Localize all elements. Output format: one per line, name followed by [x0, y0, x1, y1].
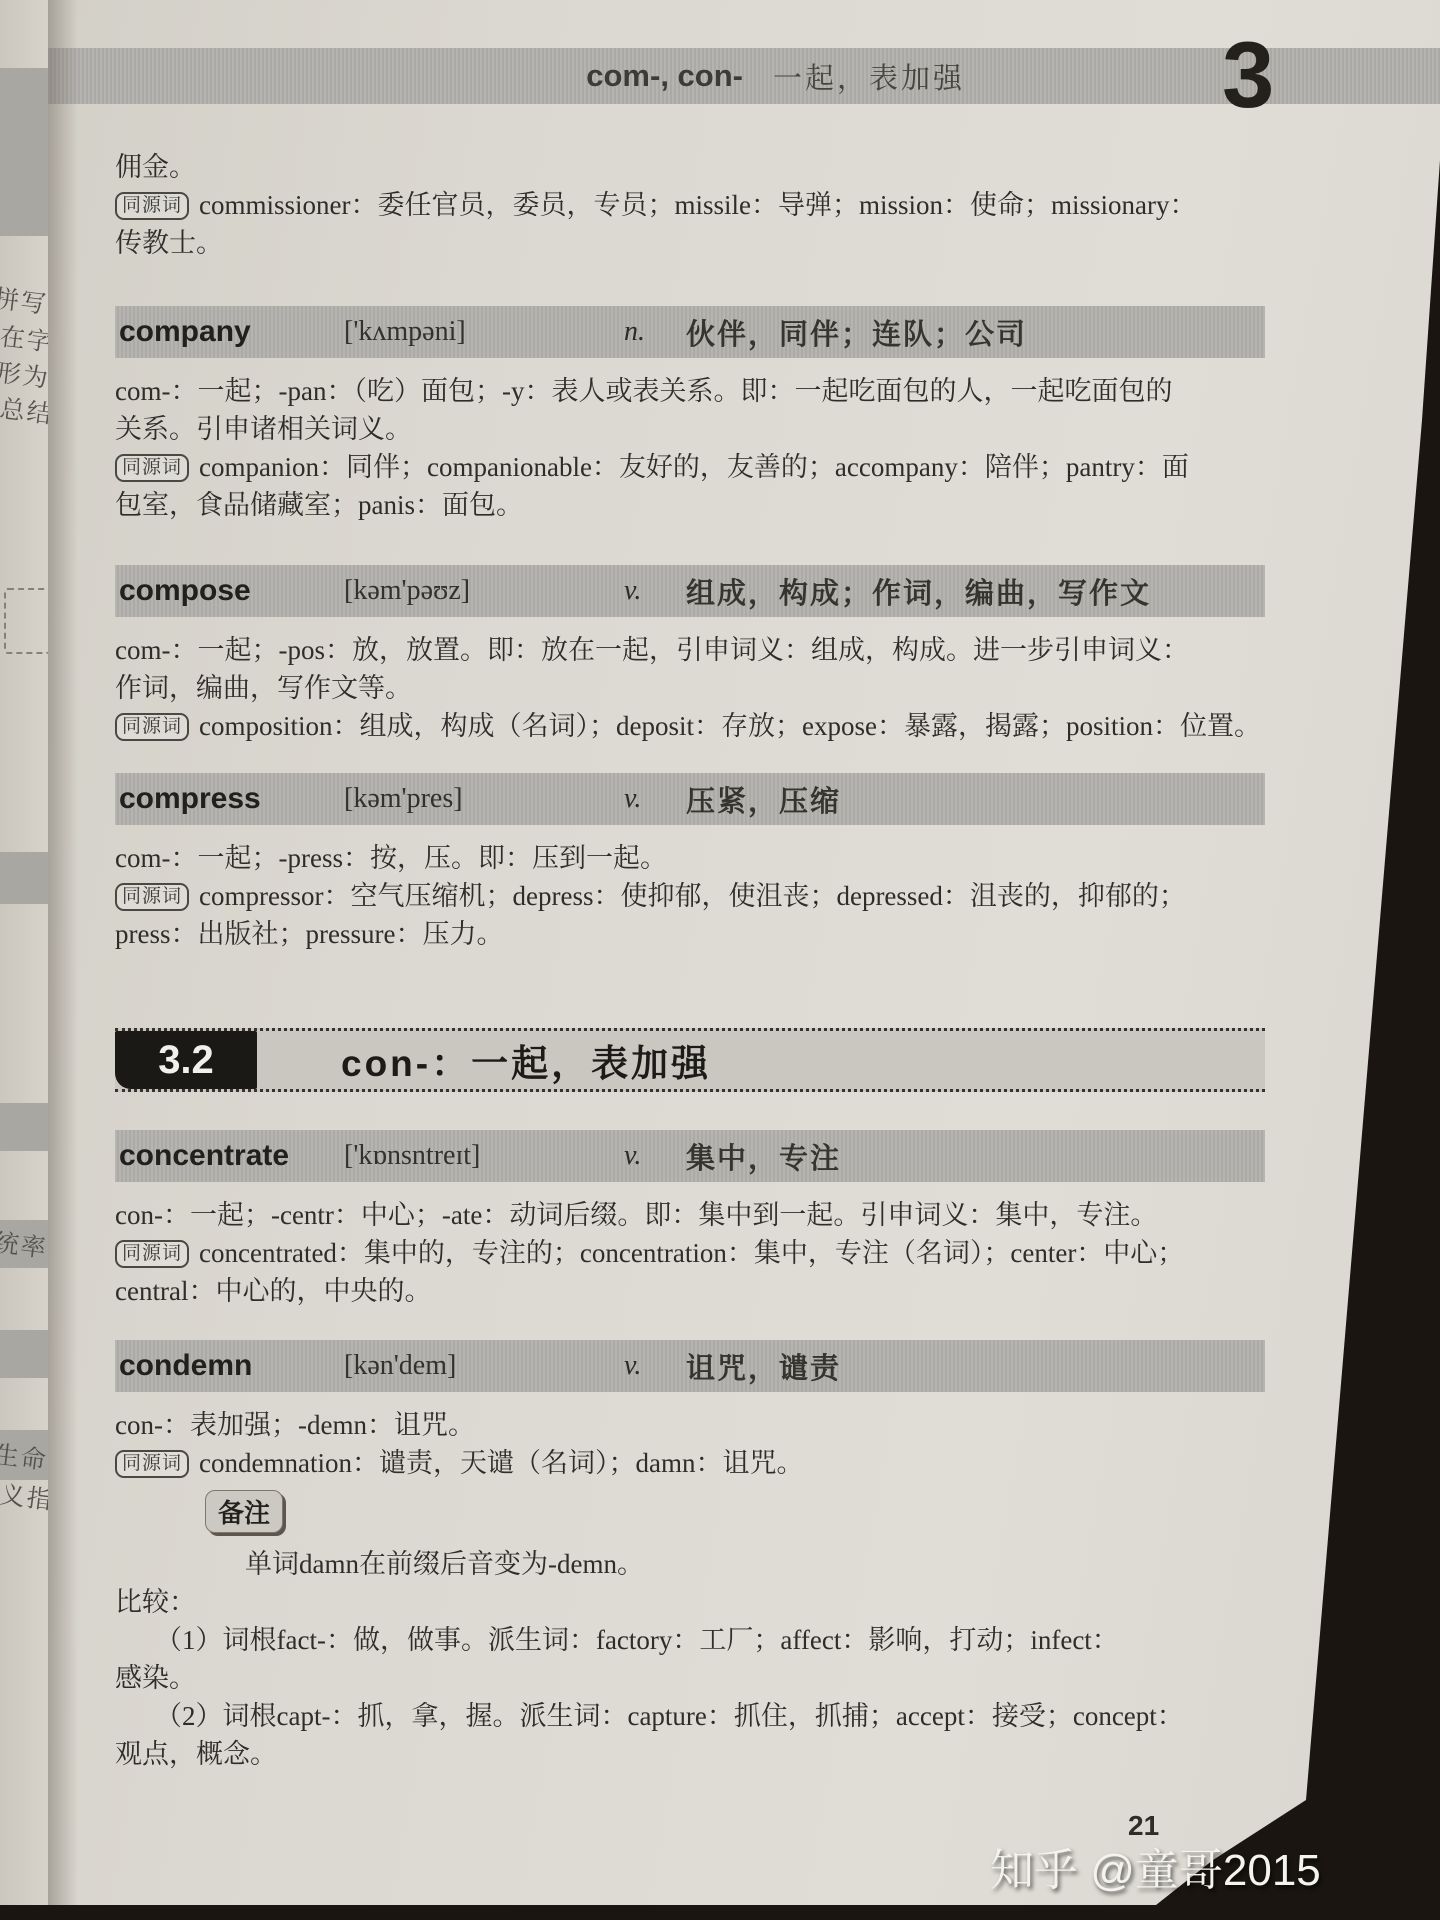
prev-page-text-fragment: 义指 [0, 1475, 48, 1517]
note-tag: 备注 [205, 1490, 283, 1533]
prev-page-gray-block [0, 852, 48, 904]
header-meaning: 一起，表加强 [773, 56, 965, 97]
headword: compress [119, 782, 344, 816]
part-of-speech: v. [624, 783, 686, 815]
cognate-line: 同源词condemnation：谴责，天谴（名词）；damn：诅咒。 [115, 1444, 1265, 1482]
prev-page-gray-block [0, 1103, 48, 1151]
analysis-line: com-：一起；-pos：放，放置。即：放在一起，引申词义：组成，构成。进一步引… [115, 631, 1265, 669]
entry-concentrate-bar: concentrate ['kɒnsntreɪt] v. 集中，专注 [115, 1130, 1265, 1182]
cognate-line: 同源词companion：同伴；companionable：友好的，友善的；ac… [115, 448, 1265, 486]
headword: compose [119, 574, 344, 608]
definition: 诅咒，谴责 [686, 1346, 841, 1387]
definition: 压紧，压缩 [686, 779, 841, 820]
previous-page-edge: 拼写 在字 形为 总结 统率 生命 义指 [0, 0, 48, 1905]
note-line: 感染。 [115, 1659, 1265, 1697]
section-title: con-：一起，表加强 [341, 1033, 711, 1087]
cognate-tag: 同源词 [115, 713, 189, 741]
prev-page-text-fragment: 拼写 [0, 279, 48, 321]
entry-compress-bar: compress [kəm'pres] v. 压紧，压缩 [115, 773, 1265, 825]
intro-paragraph: 佣金。 同源词commissioner：委任官员，委员，专员；missile：导… [115, 148, 1265, 262]
entry-company-body: com-：一起；-pan：（吃）面包；-y：表人或表关系。即：一起吃面包的人，一… [115, 372, 1265, 524]
cognate-text: compressor：空气压缩机；depress：使抑郁，使沮丧；depress… [199, 881, 1186, 911]
cognate-tag: 同源词 [115, 454, 189, 482]
definition: 集中，专注 [686, 1136, 841, 1177]
cognate-line: 同源词commissioner：委任官员，委员，专员；missile：导弹；mi… [115, 186, 1265, 224]
entry-company-bar: company ['kʌmpəni] n. 伙伴，同伴；连队；公司 [115, 306, 1265, 358]
note-line: 比较： [115, 1583, 1265, 1621]
note-line: （2）词根capt-：抓，拿，握。派生词：capture：抓住，抓捕；accep… [115, 1697, 1265, 1735]
cognate-text: commissioner：委任官员，委员，专员；missile：导弹；missi… [199, 190, 1197, 220]
analysis-line: con-：表加强；-demn：诅咒。 [115, 1406, 1265, 1444]
part-of-speech: n. [624, 316, 686, 348]
part-of-speech: v. [624, 1140, 686, 1172]
watermark: 知乎 @童哥2015 [990, 1834, 1318, 1898]
book-page: com-, con- 一起，表加强 3 佣金。 同源词commissioner：… [48, 0, 1440, 1920]
part-of-speech: v. [624, 575, 686, 607]
analysis-line: 作词，编曲，写作文等。 [115, 669, 1265, 707]
entry-concentrate-body: con-：一起；-centr：中心；-ate：动词后缀。即：集中到一起。引申词义… [115, 1196, 1265, 1310]
note-line: （1）词根fact-：做，做事。派生词：factory：工厂；affect：影响… [115, 1621, 1265, 1659]
ipa: [kən'dem] [344, 1350, 624, 1382]
entry-compose-body: com-：一起；-pos：放，放置。即：放在一起，引申词义：组成，构成。进一步引… [115, 631, 1265, 745]
cognate-line: 包室，食品储藏室；panis：面包。 [115, 486, 1265, 524]
cognate-text: condemnation：谴责，天谴（名词）；damn：诅咒。 [199, 1448, 803, 1478]
entry-condemn-bar: condemn [kən'dem] v. 诅咒，谴责 [115, 1340, 1265, 1392]
entry-compress-body: com-：一起；-press：按，压。即：压到一起。 同源词compressor… [115, 839, 1265, 953]
cognate-tag: 同源词 [115, 1240, 189, 1268]
ipa: [kəm'pəʊz] [344, 575, 624, 607]
cognate-tag: 同源词 [115, 883, 189, 911]
cognate-text: concentrated：集中的，专注的；concentration：集中，专注… [199, 1238, 1184, 1268]
headword: concentrate [119, 1139, 344, 1173]
intro-line: 佣金。 [115, 148, 1265, 186]
cognate-text: composition：组成，构成（名词）；deposit：存放；expose：… [199, 711, 1261, 741]
note-block: 单词damn在前缀后音变为-demn。 比较： （1）词根fact-：做，做事。… [115, 1545, 1265, 1773]
prev-page-gray-block [0, 1330, 48, 1378]
cognate-line: 同源词concentrated：集中的，专注的；concentration：集中… [115, 1234, 1265, 1272]
analysis-line: con-：一起；-centr：中心；-ate：动词后缀。即：集中到一起。引申词义… [115, 1196, 1265, 1234]
page-content: 佣金。 同源词commissioner：委任官员，委员，专员；missile：导… [115, 148, 1265, 1773]
page-gutter-shadow [48, 0, 78, 1905]
cognate-tag: 同源词 [115, 1450, 189, 1478]
chapter-number: 3 [1222, 28, 1274, 122]
book-photo: 拼写 在字 形为 总结 统率 生命 义指 com-, con- 一起，表加强 3… [0, 0, 1440, 1920]
cognate-line: 同源词compressor：空气压缩机；depress：使抑郁，使沮丧；depr… [115, 877, 1265, 915]
header-prefix: com-, con- [586, 58, 743, 94]
ipa: ['kɒnsntreɪt] [344, 1140, 624, 1172]
prev-page-text-fragment: 在字 [0, 317, 48, 359]
headword: company [119, 315, 344, 349]
analysis-line: 关系。引申诸相关词义。 [115, 410, 1265, 448]
prev-page-dashed-box [4, 588, 48, 654]
entry-compose-bar: compose [kəm'pəʊz] v. 组成，构成；作词，编曲，写作文 [115, 565, 1265, 617]
cognate-tag: 同源词 [115, 192, 189, 220]
ipa: ['kʌmpəni] [344, 316, 624, 348]
note-line: 观点，概念。 [115, 1735, 1265, 1773]
cognate-line: 同源词composition：组成，构成（名词）；deposit：存放；expo… [115, 707, 1265, 745]
cognate-line: central：中心的，中央的。 [115, 1272, 1265, 1310]
note-line: 单词damn在前缀后音变为-demn。 [115, 1545, 1265, 1583]
analysis-line: com-：一起；-pan：（吃）面包；-y：表人或表关系。即：一起吃面包的人，一… [115, 372, 1265, 410]
ipa: [kəm'pres] [344, 783, 624, 815]
definition: 伙伴，同伴；连队；公司 [686, 312, 1027, 353]
definition: 组成，构成；作词，编曲，写作文 [686, 571, 1151, 612]
cognate-text: companion：同伴；companionable：友好的，友善的；accom… [199, 452, 1189, 482]
prev-page-text-fragment: 总结 [0, 389, 48, 431]
section-header: 3.2 con-：一起，表加强 [115, 1028, 1265, 1092]
entry-condemn-body: con-：表加强；-demn：诅咒。 同源词condemnation：谴责，天谴… [115, 1406, 1265, 1482]
part-of-speech: v. [624, 1350, 686, 1382]
cognate-line: 传教士。 [115, 224, 1265, 262]
section-number-box: 3.2 [115, 1031, 257, 1089]
cognate-line: press：出版社；pressure：压力。 [115, 915, 1265, 953]
analysis-line: com-：一起；-press：按，压。即：压到一起。 [115, 839, 1265, 877]
headword: condemn [119, 1349, 344, 1383]
prev-page-text-fragment: 生命 [0, 1435, 48, 1477]
prev-page-gray-block [0, 68, 48, 236]
prev-page-text-fragment: 统率 [0, 1223, 48, 1265]
